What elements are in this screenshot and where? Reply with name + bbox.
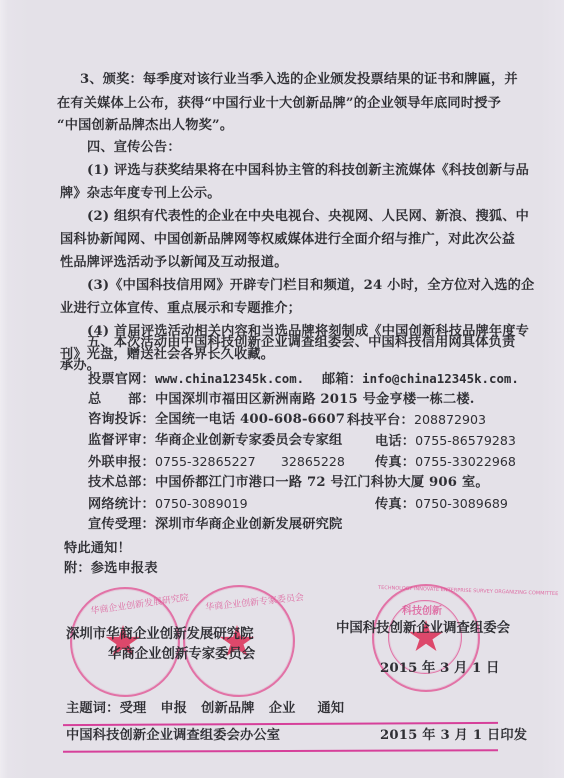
supervision-phone-label: 电话： [375, 434, 415, 449]
tech-hq-label: 技术总部： [88, 475, 155, 490]
supervision-label: 监督评审： [88, 433, 155, 448]
signature-survey-committee: 中国科技创新企业调查组委会 [336, 617, 510, 636]
section-3-line-2: 在有关媒体上公布，获得“中国行业十大创新品牌”的企业领导年底同时授予 [57, 96, 501, 112]
section-4-heading: 四、宣传公告： [87, 140, 181, 156]
publicity-value: 深圳市华商企业创新发展研究院 [155, 517, 342, 532]
tech-platform-label: 科技平台： [347, 413, 414, 428]
vote-site-label: 投票官网： [88, 372, 155, 387]
seal-3-inner-text: 科技创新 [402, 602, 442, 617]
email-row: 邮箱：info@china12345k.com. [322, 371, 519, 388]
signature-research-institute: 深圳市华商企业创新发展研究院 [66, 623, 253, 642]
hq-label: 总 部： [88, 392, 155, 407]
signature-date: 2015 年 3 月 1 日 [380, 657, 499, 676]
attachment-line: 附：参选申报表 [64, 561, 158, 577]
consult-phone: 全国统一电话 400-608-6607 [155, 412, 345, 427]
network-fax-row: 传真：0750-3089689 [375, 496, 508, 513]
footer-issue-date: 2015 年 3 月 1 日印发 [380, 728, 527, 744]
keywords-row: 主题词：受理申报创新品牌企业通知 [66, 701, 344, 717]
hq-address: 中国深圳市福田区新洲南路 2015 号金亨楼一栋二楼. [155, 392, 475, 407]
section-3-line-1: 3、颁奖：每季度对该行业当季入选的企业颁发投票结果的证书和牌匾，并 [80, 72, 518, 88]
supervision-value: 华商企业创新专家委员会专家组 [155, 433, 342, 448]
seal-3-arc-text: TECHNOLOGY INNOVATE ENTERPRISE SURVEY OR… [378, 585, 558, 597]
section-4-item-2-line-1: (2) 组织有代表性的企业在中央电视台、央视网、人民网、新浪、搜狐、中 [87, 209, 529, 225]
closing-notice: 特此通知！ [64, 541, 131, 557]
supervision-phone-value: 0755-86579283 [415, 433, 516, 448]
network-stats-label: 网络统计： [88, 497, 155, 512]
footer-issuer: 中国科技创新企业调查组委会办公室 [66, 728, 280, 744]
tech-platform-row: 科技平台：208872903 [347, 412, 486, 429]
section-4-item-3-line-2: 业进行立体宣传、重点展示和专题推介； [60, 301, 301, 317]
email-link[interactable]: info@china12345k.com. [362, 371, 519, 386]
network-stats-row: 网络统计：0750-3089019 [88, 496, 248, 513]
vote-site-row: 投票官网：www.china12345k.com. [88, 371, 304, 388]
footer-bottom-rule [63, 749, 498, 753]
network-fax-value: 0750-3089689 [415, 496, 508, 511]
vote-site-link[interactable]: www.china12345k.com. [155, 371, 304, 386]
external-label: 外联申报： [88, 455, 155, 470]
consult-label: 咨询投诉： [88, 412, 155, 427]
keyword-5: 通知 [317, 701, 344, 716]
external-phones: 0755-32865227 32865228 [155, 454, 345, 469]
consult-row: 咨询投诉：全国统一电话 400-608-6607 [88, 412, 345, 428]
signature-expert-committee: 华商企业创新专家委员会 [108, 643, 255, 662]
supervision-row: 监督评审：华商企业创新专家委员会专家组 [88, 433, 342, 449]
footer-top-rule [63, 722, 498, 726]
tech-hq-address: 中国侨都江门市港口一路 72 号江门科协大厦 906 室。 [155, 475, 489, 490]
section-4-item-2-line-3: 性品牌评选活动予以新闻及互动报道。 [60, 255, 288, 271]
external-row: 外联申报：0755-32865227 32865228 [88, 454, 345, 471]
keyword-1: 受理 [120, 701, 147, 716]
seal-research-institute: 华商企业创新发展研究院 [70, 587, 180, 697]
section-4-item-3-line-1: (3)《中国科技信用网》开辟专门栏目和频道，24 小时，全方位对入选的企 [87, 278, 534, 294]
document-page: 3、颁奖：每季度对该行业当季入选的企业颁发投票结果的证书和牌匾，并 在有关媒体上… [0, 0, 564, 778]
section-4-item-1-line-1: (1) 评选与获奖结果将在中国科协主管的科技创新主流媒体《科技创新与品 [87, 163, 529, 179]
seal-1-arc-text: 华商企业创新发展研究院 [90, 590, 190, 617]
section-3-line-3: “中国创新品牌杰出人物奖”。 [57, 118, 233, 134]
external-fax-value: 0755-33022968 [415, 454, 516, 469]
tech-platform-value: 208872903 [414, 412, 486, 427]
tech-hq-row: 技术总部：中国侨都江门市港口一路 72 号江门科协大厦 906 室。 [88, 475, 489, 491]
keywords-label: 主题词： [66, 701, 120, 716]
email-label: 邮箱： [322, 372, 362, 387]
keyword-4: 企业 [269, 701, 296, 716]
section-4-item-2-line-2: 国科协新闻网、中国创新品牌网等权威媒体进行全面介绍与推广，对此次公益 [60, 232, 515, 248]
section-5-line-1: 五、本次活动由中国科技创新企业调查组委会、中国科技信用网具体负责 [87, 335, 515, 351]
network-fax-label: 传真： [375, 497, 415, 512]
publicity-label: 宣传受理： [88, 517, 155, 532]
keyword-2: 申报 [160, 701, 187, 716]
external-fax-row: 传真：0755-33022968 [375, 454, 516, 471]
keyword-3: 创新品牌 [201, 701, 255, 716]
section-4-item-1-line-2: 牌》杂志年度专刊上公示。 [60, 186, 221, 202]
hq-row: 总 部：中国深圳市福田区新洲南路 2015 号金亨楼一栋二楼. [88, 392, 475, 408]
external-fax-label: 传真： [375, 455, 415, 470]
supervision-phone-row: 电话：0755-86579283 [375, 433, 516, 450]
network-stats-value: 0750-3089019 [155, 496, 248, 511]
seal-2-arc-text: 华商企业创新专家委员会 [205, 590, 305, 613]
publicity-row: 宣传受理：深圳市华商企业创新发展研究院 [88, 517, 342, 533]
